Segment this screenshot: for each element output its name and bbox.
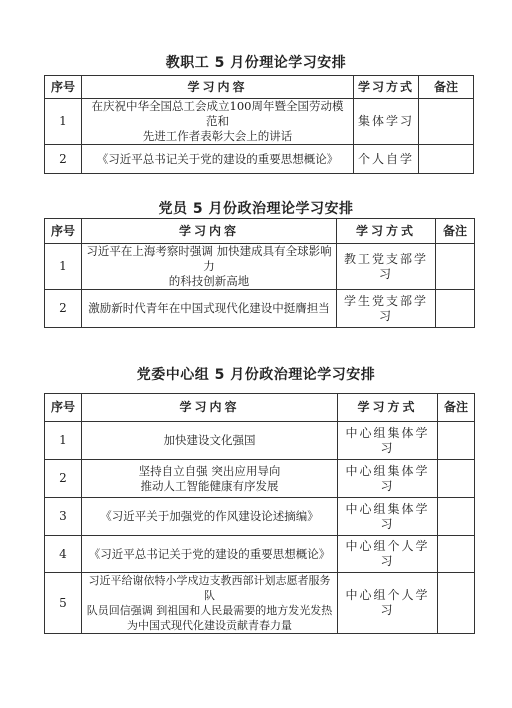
row-seq: 4 — [45, 536, 82, 573]
row-content: 习近平在上海考察时强调 加快建成具有全球影响力 的科技创新高地 — [82, 244, 337, 290]
header-seq: 序号 — [45, 394, 82, 422]
content-line: 《习近平总书记关于党的建设的重要思想概论》 — [86, 547, 333, 562]
row-seq: 5 — [45, 573, 82, 634]
row-seq: 1 — [45, 244, 82, 290]
row-remarks — [438, 573, 475, 634]
row-content: 加快建设文化强国 — [82, 422, 338, 460]
row-seq: 2 — [45, 145, 82, 174]
row-method: 集体学习 — [354, 99, 419, 145]
row-content: 激励新时代青年在中国式现代化建设中挺膺担当 — [82, 290, 337, 328]
table-row: 5 习近平给谢依特小学戍边支教西部计划志愿者服务队 队员回信强调 到祖国和人民最… — [45, 573, 475, 634]
table-row: 2 坚持自立自强 突出应用导向 推动人工智能健康有序发展 中心组集体学习 — [45, 460, 475, 498]
row-remarks — [436, 244, 475, 290]
header-method: 学习方式 — [337, 219, 436, 244]
table-header-row: 序号 学习内容 学习方式 备注 — [45, 76, 474, 99]
central-group-study-table: 序号 学习内容 学习方式 备注 1 加快建设文化强国 中心组集体学习 2 坚持自… — [44, 393, 475, 634]
row-method: 中心组集体学习 — [338, 460, 438, 498]
header-seq: 序号 — [45, 76, 82, 99]
row-remarks — [438, 536, 475, 573]
content-line: 在庆祝中华全国总工会成立100周年暨全国劳动模范和 — [86, 99, 349, 129]
row-content: 在庆祝中华全国总工会成立100周年暨全国劳动模范和 先进工作者表彰大会上的讲话 — [82, 99, 354, 145]
content-line: 队员回信强调 到祖国和人民最需要的地方发光发热 — [86, 603, 333, 618]
content-line: 先进工作者表彰大会上的讲话 — [86, 129, 349, 144]
row-content: 习近平给谢依特小学戍边支教西部计划志愿者服务队 队员回信强调 到祖国和人民最需要… — [82, 573, 338, 634]
row-seq: 1 — [45, 422, 82, 460]
staff-study-table: 序号 学习内容 学习方式 备注 1 在庆祝中华全国总工会成立100周年暨全国劳动… — [44, 75, 474, 174]
content-line: 《习近平总书记关于党的建设的重要思想概论》 — [86, 152, 349, 167]
content-line: 习近平在上海考察时强调 加快建成具有全球影响力 — [86, 244, 332, 274]
row-content: 《习近平总书记关于党的建设的重要思想概论》 — [82, 145, 354, 174]
row-method: 中心组个人学习 — [338, 573, 438, 634]
row-method: 学生党支部学习 — [337, 290, 436, 328]
content-line: 激励新时代青年在中国式现代化建设中挺膺担当 — [86, 301, 332, 316]
content-line: 习近平给谢依特小学戍边支教西部计划志愿者服务队 — [86, 573, 333, 603]
content-line: 坚持自立自强 突出应用导向 — [86, 464, 333, 479]
row-content: 《习近平关于加强党的作风建设论述摘编》 — [82, 498, 338, 536]
table-title-central-group: 党委中心组 5 月份政治理论学习安排 — [0, 364, 512, 384]
row-remarks — [419, 99, 474, 145]
table-row: 3 《习近平关于加强党的作风建设论述摘编》 中心组集体学习 — [45, 498, 475, 536]
header-remarks: 备注 — [438, 394, 475, 422]
content-line: 的科技创新高地 — [86, 274, 332, 289]
table-row: 1 在庆祝中华全国总工会成立100周年暨全国劳动模范和 先进工作者表彰大会上的讲… — [45, 99, 474, 145]
table-row: 1 习近平在上海考察时强调 加快建成具有全球影响力 的科技创新高地 教工党支部学… — [45, 244, 475, 290]
header-content: 学习内容 — [82, 219, 337, 244]
table-row: 2 《习近平总书记关于党的建设的重要思想概论》 个人自学 — [45, 145, 474, 174]
row-method: 中心组个人学习 — [338, 536, 438, 573]
header-content: 学习内容 — [82, 394, 338, 422]
table-row: 1 加快建设文化强国 中心组集体学习 — [45, 422, 475, 460]
table-header-row: 序号 学习内容 学习方式 备注 — [45, 394, 475, 422]
table-header-row: 序号 学习内容 学习方式 备注 — [45, 219, 475, 244]
party-member-study-table: 序号 学习内容 学习方式 备注 1 习近平在上海考察时强调 加快建成具有全球影响… — [44, 218, 475, 328]
row-remarks — [436, 290, 475, 328]
row-remarks — [419, 145, 474, 174]
table-title-party-members: 党员 5 月份政治理论学习安排 — [0, 198, 512, 218]
row-method: 中心组集体学习 — [338, 422, 438, 460]
content-line: 加快建设文化强国 — [86, 433, 333, 448]
table-row: 4 《习近平总书记关于党的建设的重要思想概论》 中心组个人学习 — [45, 536, 475, 573]
table-title-staff: 教职工 5 月份理论学习安排 — [0, 52, 512, 72]
header-remarks: 备注 — [419, 76, 474, 99]
row-method: 中心组集体学习 — [338, 498, 438, 536]
header-seq: 序号 — [45, 219, 82, 244]
content-line: 推动人工智能健康有序发展 — [86, 479, 333, 494]
row-remarks — [438, 460, 475, 498]
header-method: 学习方式 — [354, 76, 419, 99]
row-seq: 3 — [45, 498, 82, 536]
row-method: 个人自学 — [354, 145, 419, 174]
header-remarks: 备注 — [436, 219, 475, 244]
row-seq: 1 — [45, 99, 82, 145]
content-line: 为中国式现代化建设贡献青春力量 — [86, 618, 333, 633]
table-row: 2 激励新时代青年在中国式现代化建设中挺膺担当 学生党支部学习 — [45, 290, 475, 328]
row-seq: 2 — [45, 290, 82, 328]
row-content: 坚持自立自强 突出应用导向 推动人工智能健康有序发展 — [82, 460, 338, 498]
header-content: 学习内容 — [82, 76, 354, 99]
content-line: 《习近平关于加强党的作风建设论述摘编》 — [86, 509, 333, 524]
row-content: 《习近平总书记关于党的建设的重要思想概论》 — [82, 536, 338, 573]
row-remarks — [438, 498, 475, 536]
row-seq: 2 — [45, 460, 82, 498]
header-method: 学习方式 — [338, 394, 438, 422]
row-method: 教工党支部学习 — [337, 244, 436, 290]
row-remarks — [438, 422, 475, 460]
